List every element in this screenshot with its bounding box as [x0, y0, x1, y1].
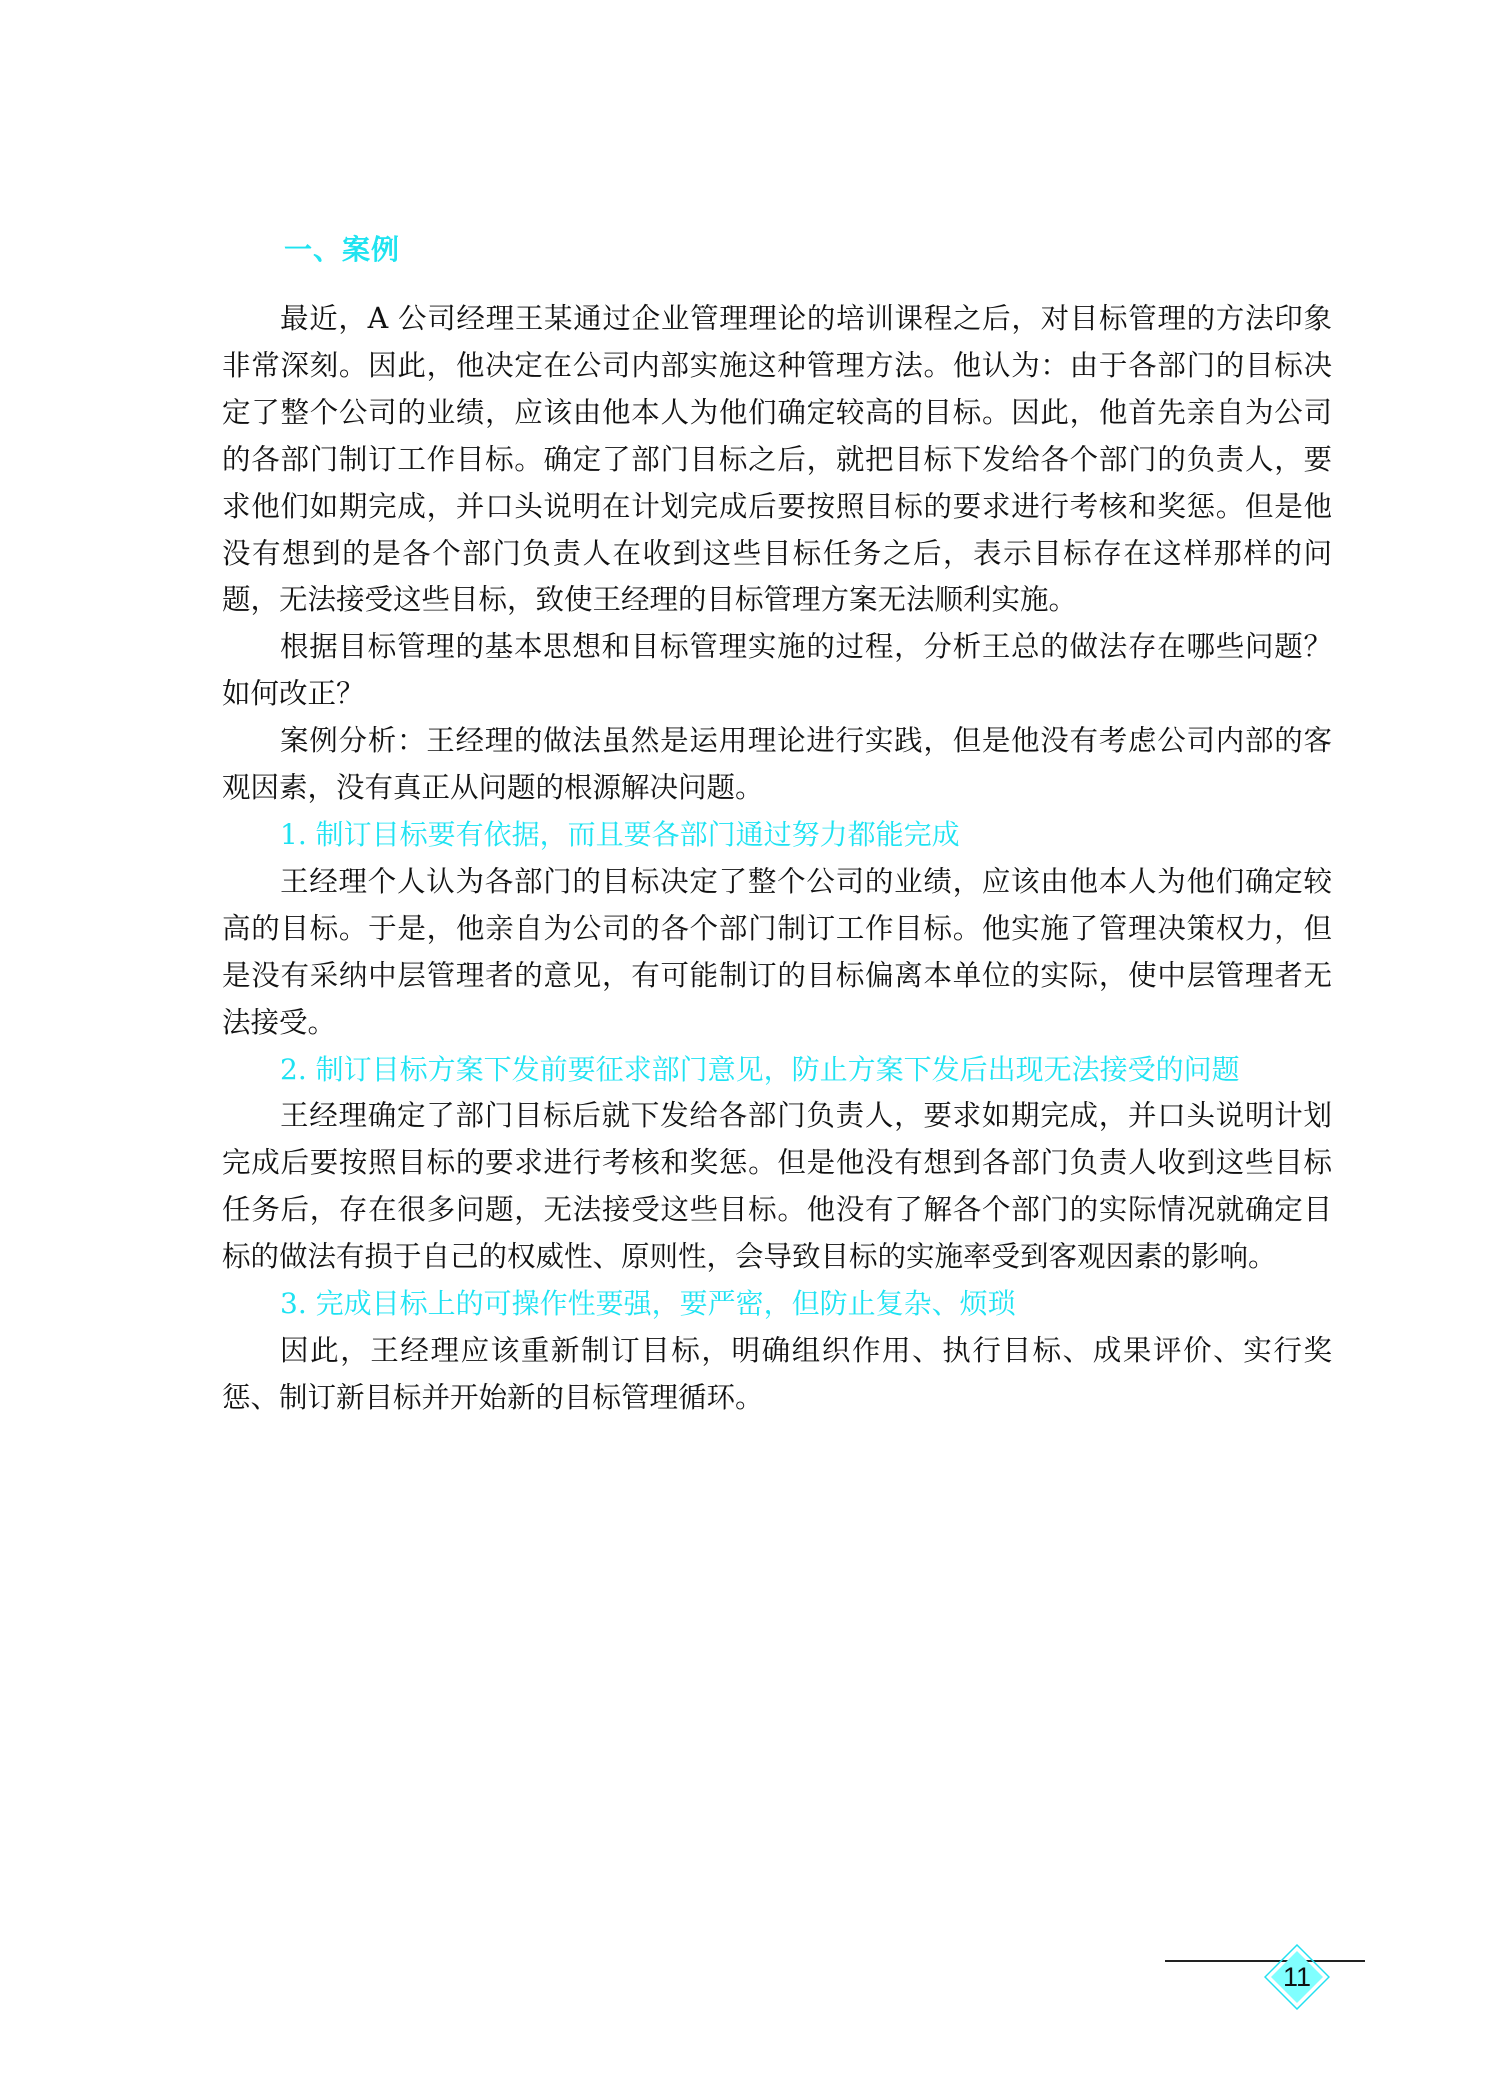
subheading-3: 3. 完成目标上的可操作性要强，要严密，但防止复杂、烦琐	[222, 1281, 1332, 1328]
paragraph-analysis: 案例分析：王经理的做法虽然是运用理论进行实践，但是他没有考虑公司内部的客观因素，…	[222, 718, 1332, 812]
paragraph-question: 根据目标管理的基本思想和目标管理实施的过程，分析王总的做法存在哪些问题？如何改正…	[222, 624, 1332, 718]
page-content: 一、案例 最近，A 公司经理王某通过企业管理理论的培训课程之后，对目标管理的方法…	[222, 226, 1332, 1422]
paragraph-conclusion: 因此，王经理应该重新制订目标，明确组织作用、执行目标、成果评价、实行奖惩、制订新…	[222, 1328, 1332, 1422]
subheading-2: 2. 制订目标方案下发前要征求部门意见，防止方案下发后出现无法接受的问题	[222, 1047, 1332, 1094]
subheading-1: 1. 制订目标要有依据，而且要各部门通过努力都能完成	[222, 812, 1332, 859]
paragraph-case: 最近，A 公司经理王某通过企业管理理论的培训课程之后，对目标管理的方法印象非常深…	[222, 296, 1332, 624]
paragraph-point-2: 王经理确定了部门目标后就下发给各部门负责人，要求如期完成，并口头说明计划完成后要…	[222, 1093, 1332, 1281]
section-heading: 一、案例	[284, 226, 1332, 273]
paragraph-point-1: 王经理个人认为各部门的目标决定了整个公司的业绩，应该由他本人为他们确定较高的目标…	[222, 859, 1332, 1047]
page-number: 11	[1264, 1944, 1330, 2010]
